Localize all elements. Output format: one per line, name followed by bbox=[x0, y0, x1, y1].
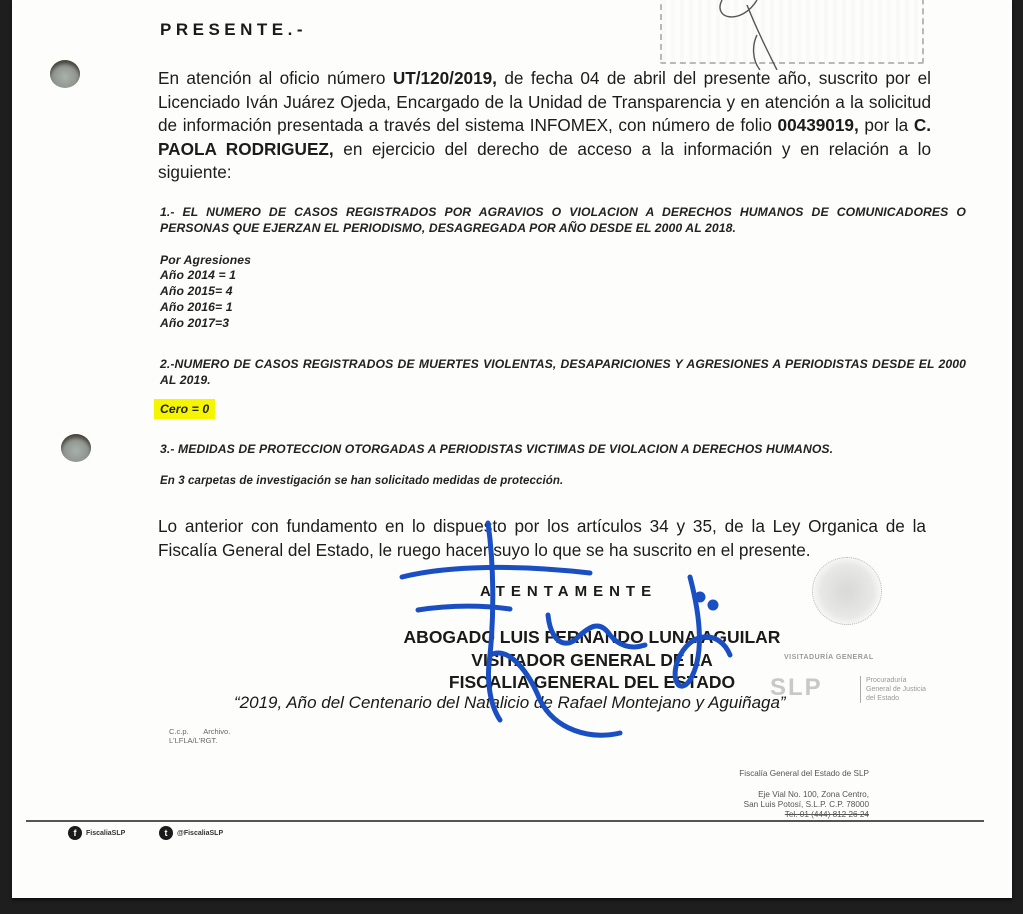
footer-address: Eje Vial No. 100, Zona Centro, San Luis … bbox=[744, 790, 869, 820]
official-seal bbox=[812, 557, 882, 625]
footer-divider bbox=[26, 820, 984, 822]
oficio-number: UT/120/2019, bbox=[393, 68, 497, 88]
twitter-handle: t @FiscaliaSLP bbox=[159, 826, 223, 840]
attentively-heading: ATENTAMENTE bbox=[480, 583, 657, 600]
signatory-name: ABOGADO LUIS FERNANDO LUNA AGUILAR bbox=[312, 626, 872, 649]
folio-number: 00439019, bbox=[778, 115, 859, 135]
item-1-answer-2017: Año 2017=3 bbox=[160, 316, 229, 332]
facebook-handle: f FiscaliaSLP bbox=[68, 826, 125, 840]
salutation: PRESENTE.- bbox=[160, 20, 307, 40]
item-3-answer: En 3 carpetas de investigación se han so… bbox=[160, 474, 563, 490]
item-1-subheading: Por Agresiones bbox=[160, 253, 251, 269]
document-page: PRESENTE.- En atención al oficio número … bbox=[12, 0, 1012, 898]
item-1-question: 1.- EL NUMERO DE CASOS REGISTRADOS POR A… bbox=[160, 205, 966, 236]
signatory-block: ABOGADO LUIS FERNANDO LUNA AGUILAR VISIT… bbox=[312, 626, 872, 694]
year-motto: “2019, Año del Centenario del Natalicio … bbox=[234, 693, 786, 713]
twitter-icon: t bbox=[159, 826, 173, 840]
closing-paragraph: Lo anterior con fundamento en lo dispues… bbox=[158, 515, 926, 562]
signatory-title-2: FISCALIA GENERAL DEL ESTADO bbox=[312, 671, 872, 694]
footer-institution: Fiscalía General del Estado de SLP bbox=[739, 769, 869, 779]
signatory-title-1: VISITADOR GENERAL DE LA bbox=[312, 649, 872, 672]
item-1-answer-2014: Año 2014 = 1 bbox=[160, 268, 236, 284]
item-3-question: 3.- MEDIDAS DE PROTECCION OTORGADAS A PE… bbox=[160, 442, 833, 458]
intro-paragraph: En atención al oficio número UT/120/2019… bbox=[158, 67, 931, 185]
highlighted-answer: Cero = 0 bbox=[154, 399, 215, 419]
item-1-answer-2016: Año 2016= 1 bbox=[160, 300, 233, 316]
stamp-initials-scribble bbox=[702, 0, 802, 70]
item-2-answer: Cero = 0 bbox=[154, 402, 215, 418]
punch-hole-top bbox=[50, 60, 80, 88]
item-1-answer-2015: Año 2015= 4 bbox=[160, 284, 233, 300]
carbon-copy: C.c.p. Archivo. L'LFLA/L'RGT. bbox=[169, 727, 230, 745]
facebook-icon: f bbox=[68, 826, 82, 840]
punch-hole-middle bbox=[61, 434, 91, 462]
item-2-question: 2.-NUMERO DE CASOS REGISTRADOS DE MUERTE… bbox=[160, 357, 966, 388]
